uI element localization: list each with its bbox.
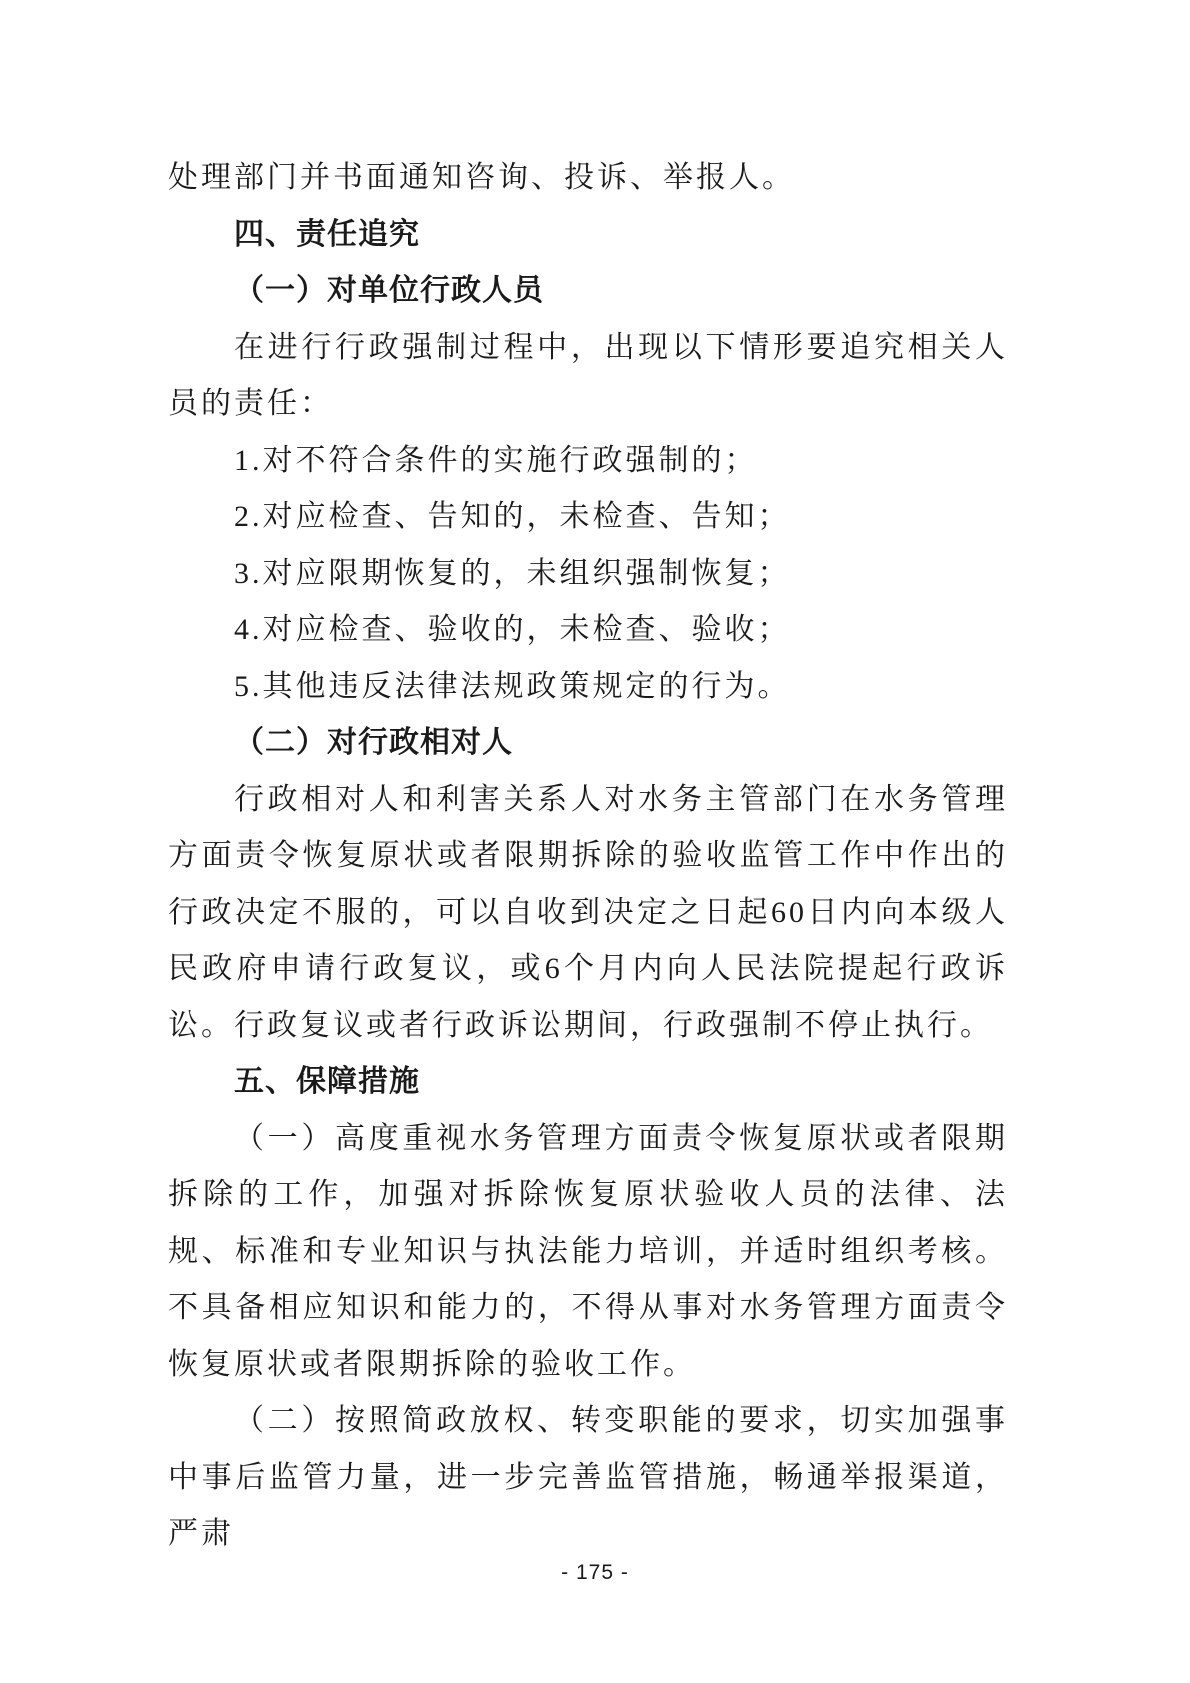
subheading-administrative-counterpart: （二）对行政相对人 (168, 715, 1008, 772)
heading-section-five: 五、保障措施 (168, 1054, 1008, 1111)
paragraph-safeguard-2: （二）按照简政放权、转变职能的要求，切实加强事中事后监管力量，进一步完善监管措施… (168, 1393, 1008, 1563)
document-body: 处理部门并书面通知咨询、投诉、举报人。 四、责任追究 （一）对单位行政人员 在进… (168, 150, 1008, 1563)
heading-section-four: 四、责任追究 (168, 207, 1008, 264)
page-number: - 175 - (0, 1561, 1190, 1585)
list-item-5: 5.其他违反法律法规政策规定的行为。 (168, 659, 1008, 716)
paragraph-safeguard-1: （一）高度重视水务管理方面责令恢复原状或者限期拆除的工作，加强对拆除恢复原状验收… (168, 1111, 1008, 1394)
paragraph-legal-relief: 行政相对人和利害关系人对水务主管部门在水务管理方面责令恢复原状或者限期拆除的验收… (168, 772, 1008, 1055)
paragraph-continuation: 处理部门并书面通知咨询、投诉、举报人。 (168, 150, 1008, 207)
list-item-3: 3.对应限期恢复的，未组织强制恢复； (168, 546, 1008, 603)
list-item-4: 4.对应检查、验收的，未检查、验收； (168, 602, 1008, 659)
subheading-unit-admin-staff: （一）对单位行政人员 (168, 263, 1008, 320)
list-item-2: 2.对应检查、告知的，未检查、告知； (168, 489, 1008, 546)
document-page: 处理部门并书面通知咨询、投诉、举报人。 四、责任追究 （一）对单位行政人员 在进… (0, 0, 1190, 1683)
paragraph-intro: 在进行行政强制过程中，出现以下情形要追究相关人员的责任： (168, 320, 1008, 433)
list-item-1: 1.对不符合条件的实施行政强制的； (168, 433, 1008, 490)
